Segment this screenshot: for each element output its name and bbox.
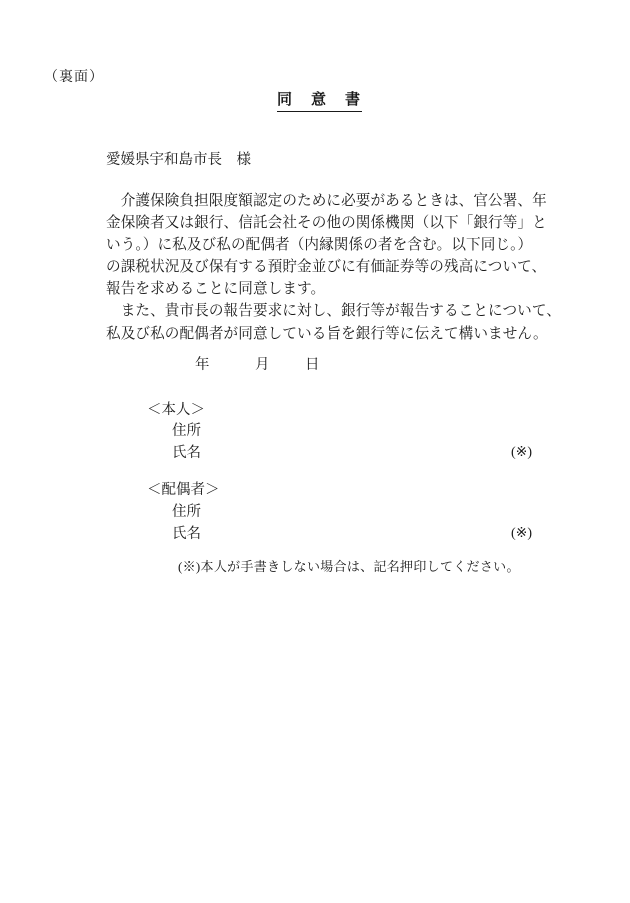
body-line: 私及び私の配偶者が同意している旨を銀行等に伝えて構いません。: [106, 323, 561, 345]
document-title: 同 意 書: [277, 88, 362, 112]
consent-form-page: （裏面） 同 意 書 愛媛県宇和島市長 様 介護保険負担限度額認定のために必要が…: [0, 0, 630, 903]
applicant-name-note-mark: (※): [511, 443, 532, 463]
body-line: また、貴市長の報告要求に対し、銀行等が報告することについて、: [106, 300, 561, 322]
spouse-name-label: 氏名: [172, 524, 201, 544]
section-header-spouse: ＜配偶者＞: [147, 480, 220, 500]
date-year-label: 年: [195, 355, 210, 375]
body-line: 報告を求めることに同意します。: [106, 278, 561, 300]
section-header-applicant: ＜本人＞: [147, 400, 205, 420]
body-line: 介護保険負担限度額認定のために必要があるときは、官公署、年: [106, 190, 561, 212]
back-side-label: （裏面）: [44, 66, 104, 86]
spouse-name-note-mark: (※): [511, 524, 532, 544]
signature-footnote: (※)本人が手書きしない場合は、記名押印してください。: [178, 556, 520, 575]
date-month-label: 月: [255, 355, 270, 375]
body-line: の課税状況及び保有する預貯金並びに有価証券等の残高について、: [106, 256, 561, 278]
body-line: いう。）に私及び私の配偶者（内縁関係の者を含む。以下同じ。）: [106, 234, 561, 256]
body-line: 金保険者又は銀行、信託会社その他の関係機関（以下「銀行等」と: [106, 212, 561, 234]
applicant-address-label: 住所: [172, 421, 201, 441]
recipient-line: 愛媛県宇和島市長 様: [106, 148, 251, 169]
spouse-address-label: 住所: [172, 502, 201, 522]
applicant-name-label: 氏名: [172, 443, 201, 463]
consent-body-paragraph: 介護保険負担限度額認定のために必要があるときは、官公署、年 金保険者又は銀行、信…: [106, 190, 561, 345]
date-day-label: 日: [305, 355, 320, 375]
